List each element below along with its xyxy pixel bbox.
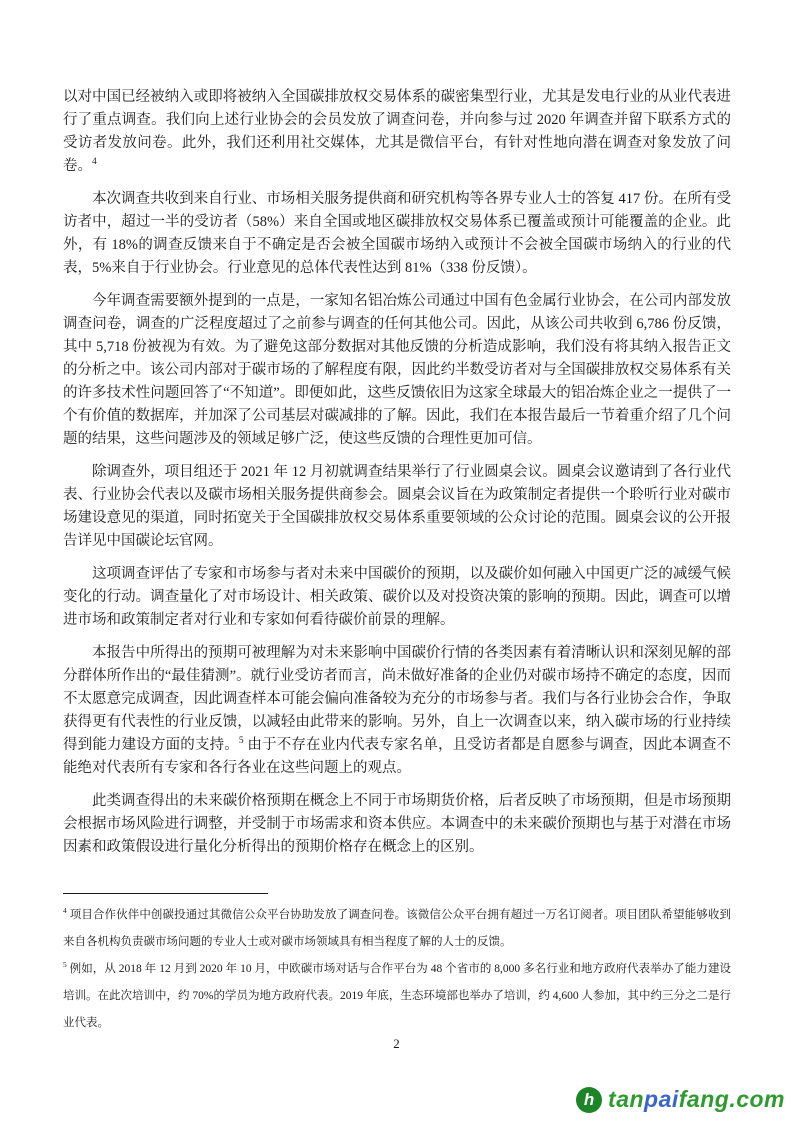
paragraph: 除调查外，项目组还于 2021 年 12 月初就调查结果举行了行业圆桌会议。圆桌… [63,461,731,553]
body-text: 以对中国已经被纳入或即将被纳入全国碳排放权交易体系的碳密集型行业，尤其是发电行业… [63,86,731,888]
footnote-separator [63,893,268,894]
paragraph: 今年调查需要额外提到的一点是，一家知名铝冶炼公司通过中国有色金属行业协会，在公司… [63,290,731,451]
footnote-marker: 4 [63,906,67,915]
paragraph: 以对中国已经被纳入或即将被纳入全国碳排放权交易体系的碳密集型行业，尤其是发电行业… [63,86,731,178]
footnote-marker: 5 [63,960,67,969]
paragraph: 本报告中所得出的预期可被理解为对未来影响中国碳价行情的各类因素有着清晰认识和深刻… [63,642,731,780]
paragraph: 此类调查得出的未来碳价格预期在概念上不同于市场期货价格，后者反映了市场预期，但是… [63,790,731,859]
logo-text-segment: tan [608,1086,644,1112]
footnotes: 4 项目合作伙伴中创碳投通过其微信公众平台协助发放了调查问卷。该微信公众平台拥有… [63,902,731,1037]
document-page: 以对中国已经被纳入或即将被纳入全国碳排放权交易体系的碳密集型行业，尤其是发电行业… [0,0,793,1122]
footnote: 5 例如，从 2018 年 12 月到 2020 年 10 月，中欧碳市场对话与… [63,956,731,1037]
logo-text-segment: fang.com [679,1086,785,1112]
paragraph: 本次调查共收到来自行业、市场相关服务提供商和研究机构等各界专业人士的答复 417… [63,188,731,280]
paragraph: 这项调查评估了专家和市场参与者对未来中国碳价的预期，以及碳价如何融入中国更广泛的… [63,563,731,632]
footnote: 4 项目合作伙伴中创碳投通过其微信公众平台协助发放了调查问卷。该微信公众平台拥有… [63,902,731,956]
footnote-block: 4 项目合作伙伴中创碳投通过其微信公众平台协助发放了调查问卷。该微信公众平台拥有… [63,893,731,1037]
footnote-ref: 4 [92,157,97,167]
site-logo[interactable]: h tanpaifang.com [576,1086,785,1113]
tanpaifang-logo-icon: h [576,1087,602,1113]
logo-text-segment: pai [644,1086,679,1112]
page-number: 2 [0,1036,793,1052]
footnote-ref: 5 [239,736,244,746]
logo-text: tanpaifang.com [608,1086,785,1113]
